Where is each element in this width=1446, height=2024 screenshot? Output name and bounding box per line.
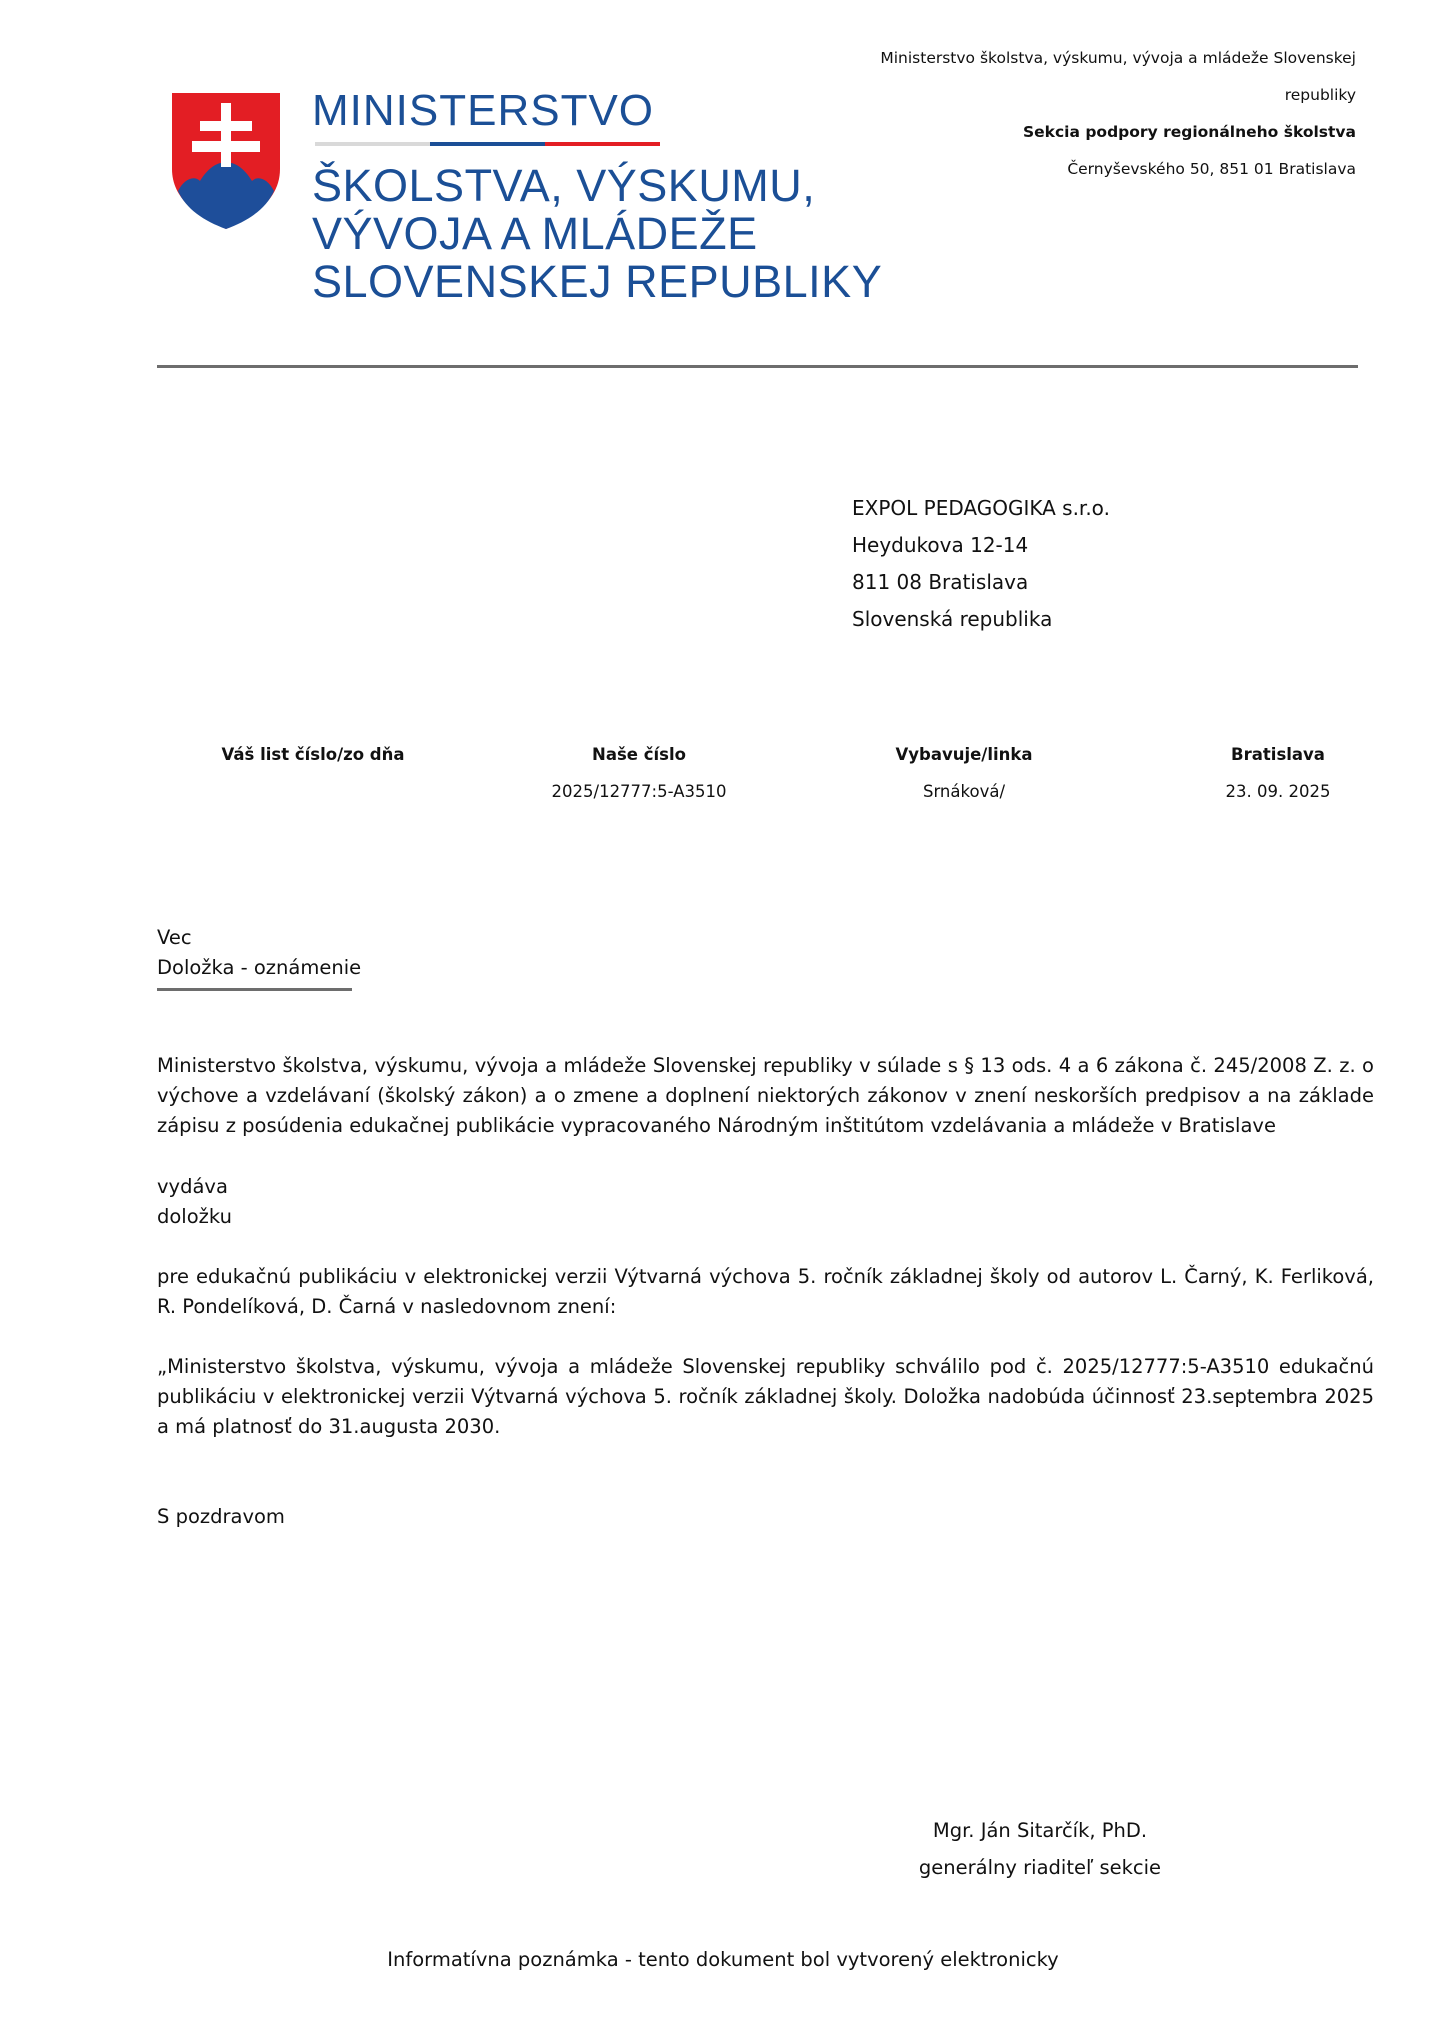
subject-underline (157, 988, 352, 991)
reference-place-date: Bratislava 23. 09. 2025 (1148, 745, 1408, 802)
closing-greeting: S pozdravom (157, 1502, 1374, 1532)
signature-block: Mgr. Ján Sitarčík, PhD. generálny riadit… (880, 1812, 1200, 1886)
header-divider (157, 365, 1358, 368)
sender-address: Černyševského 50, 851 01 Bratislava (880, 151, 1356, 188)
reference-label: Bratislava (1148, 745, 1408, 765)
paragraph-legal-basis: Ministerstvo školstva, výskumu, vývoja a… (157, 1051, 1374, 1141)
logo-line-3: VÝVOJA A MLÁDEŽE (312, 208, 758, 260)
addressee-city: 811 08 Bratislava (852, 564, 1110, 601)
sender-line-1: Ministerstvo školstva, výskumu, vývoja a… (880, 40, 1356, 77)
logo-line-2: ŠKOLSTVA, VÝSKUMU, (312, 160, 815, 212)
paragraph-publication: pre edukačnú publikáciu v elektronickej … (157, 1262, 1374, 1322)
reference-our-number: Naše číslo 2025/12777:5-A3510 (509, 745, 769, 802)
reference-value: 23. 09. 2025 (1148, 782, 1408, 802)
subject-label: Vec (157, 923, 361, 953)
signatory-name: Mgr. Ján Sitarčík, PhD. (880, 1812, 1200, 1849)
addressee-street: Heydukova 12-14 (852, 527, 1110, 564)
addressee-name: EXPOL PEDAGOGIKA s.r.o. (852, 490, 1110, 527)
reference-label: Naše číslo (509, 745, 769, 765)
logo-line-1: MINISTERSTVO (312, 86, 654, 136)
coat-of-arms-icon (170, 91, 282, 231)
addressee-country: Slovenská republika (852, 601, 1110, 638)
reference-value: 2025/12777:5-A3510 (509, 782, 769, 802)
reference-your-letter: Váš list číslo/zo dňa (183, 745, 443, 782)
issues-line-1: vydáva (157, 1172, 1374, 1202)
paragraph-approval-quote: „Ministerstvo školstva, výskumu, vývoja … (157, 1352, 1374, 1442)
paragraph-issues: vydáva doložku (157, 1172, 1374, 1232)
subject-title: Doložka - oznámenie (157, 953, 361, 983)
sender-line-2: republiky (880, 77, 1356, 114)
reference-label: Váš list číslo/zo dňa (183, 745, 443, 765)
logo-line-4: SLOVENSKEJ REPUBLIKY (312, 256, 882, 308)
reference-label: Vybavuje/linka (834, 745, 1094, 765)
reference-value: Srnáková/ (834, 782, 1094, 802)
subject-block: Vec Doložka - oznámenie (157, 923, 361, 983)
sender-section: Sekcia podpory regionálneho školstva (880, 114, 1356, 151)
reference-handled-by: Vybavuje/linka Srnáková/ (834, 745, 1094, 802)
issues-line-2: doložku (157, 1202, 1374, 1232)
signatory-title: generálny riaditeľ sekcie (880, 1849, 1200, 1886)
logo-tricolor-bar (315, 142, 660, 146)
addressee-block: EXPOL PEDAGOGIKA s.r.o. Heydukova 12-14 … (852, 490, 1110, 638)
footer-note: Informatívna poznámka - tento dokument b… (0, 1948, 1446, 1971)
sender-header: Ministerstvo školstva, výskumu, vývoja a… (880, 40, 1356, 188)
